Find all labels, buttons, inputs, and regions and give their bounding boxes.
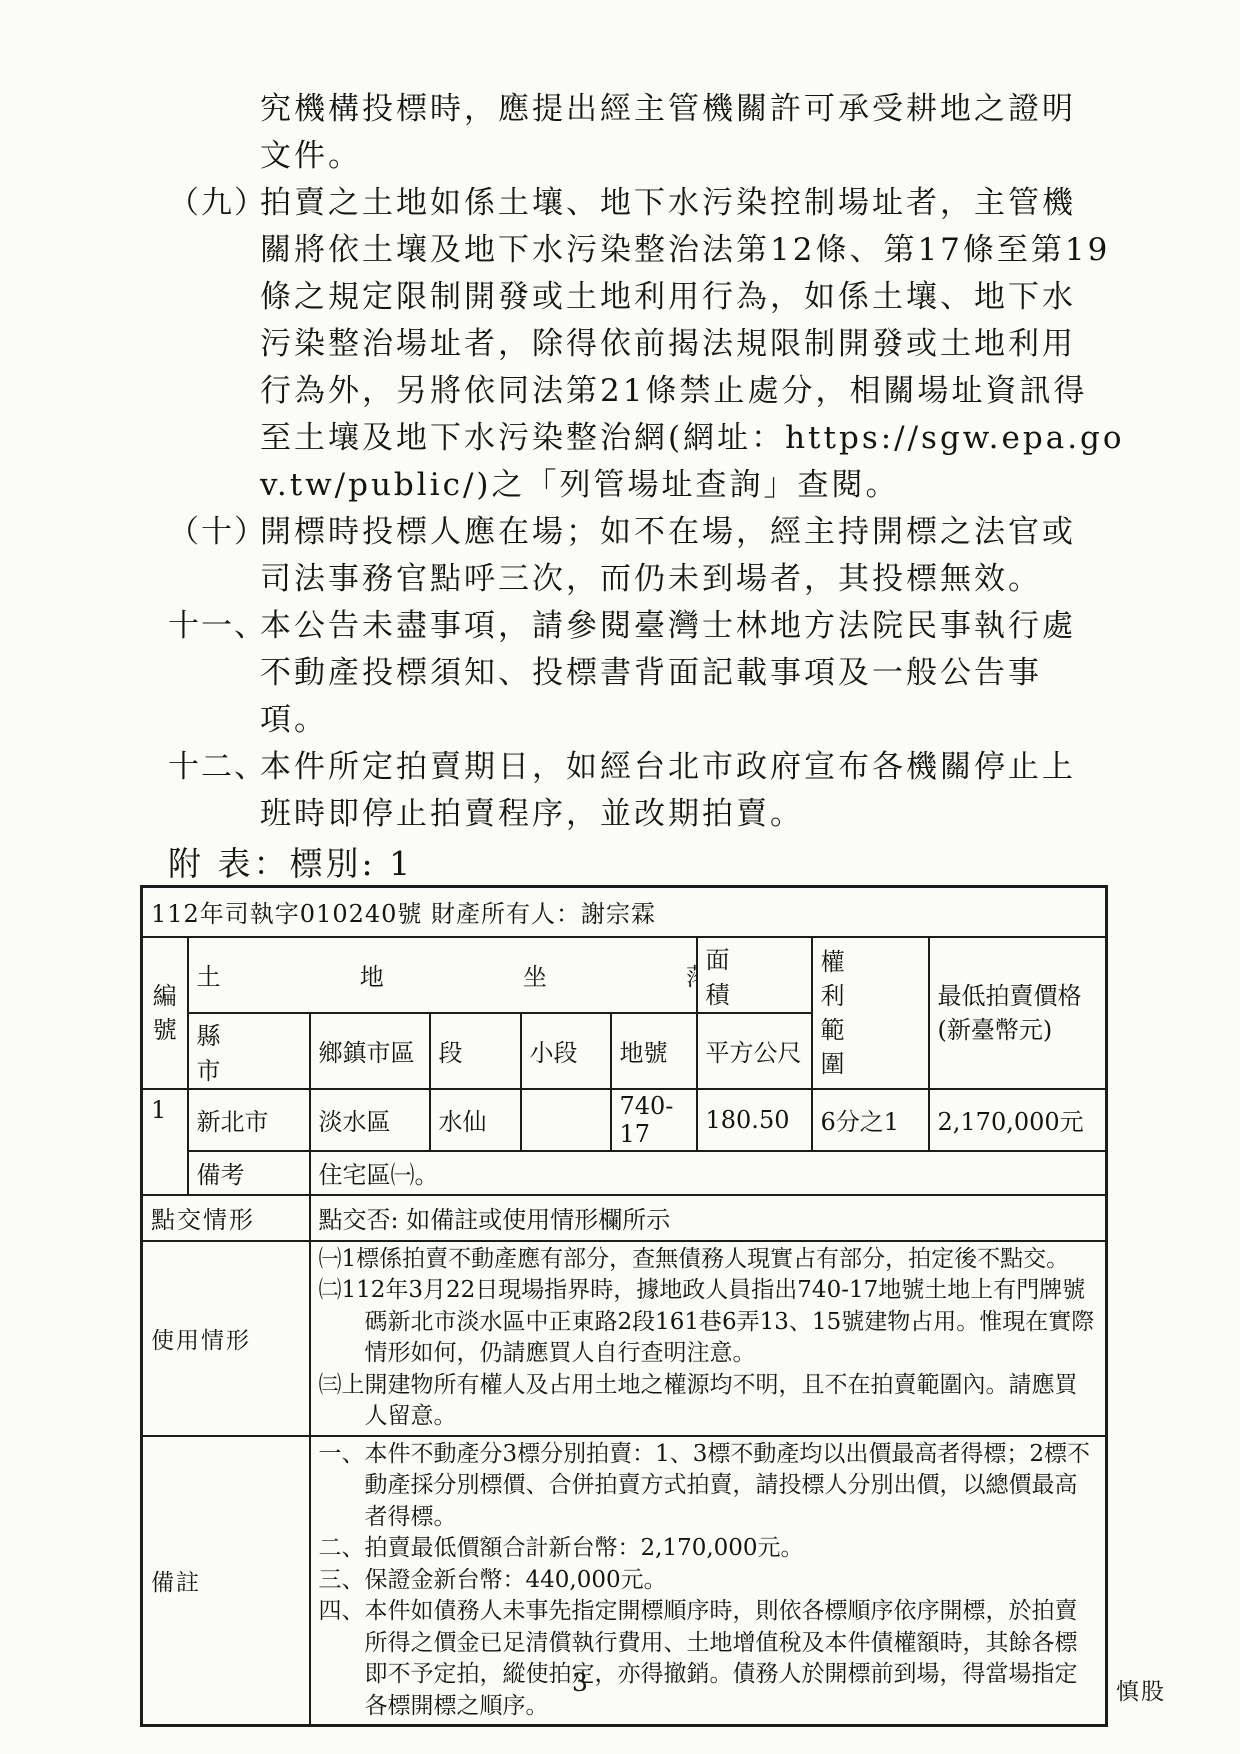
line-text: 至土壤及地下水污染整治網(網址：https://sgw.epa.go [260,420,1125,456]
usage-item-marker: ㈢ [319,1372,342,1398]
usage-item-text: 112年3月22日現場指界時，據地政人員指出740-17地號土地上有門牌號碼新北… [342,1277,1095,1366]
col-rights-header: 權利 範圍 [812,937,929,1089]
property-data-row: 1 新北市 淡水區 水仙 740-17 180.50 6分之1 2,170,00… [142,1089,1107,1151]
usage-item: ㈠1標係拍賣不動產應有部分，查無債務人現實占有部分，拍定後不點交。 [319,1244,1098,1276]
note-item: 二、拍賣最低價額合計新台幣：2,170,000元。 [319,1533,1098,1565]
cell-section: 水仙 [430,1089,521,1151]
note-item-marker: 二、 [319,1535,365,1561]
usage-item: ㈢上開建物所有權人及占用土地之權源均不明，且不在拍賣範圍內。請應買人留意。 [319,1370,1098,1433]
body-line: 文件。 [168,133,1098,180]
body-line: 至土壤及地下水污染整治網(網址：https://sgw.epa.go [168,415,1098,462]
handover-row: 點交情形 點交否: 如備註或使用情形欄所示 [142,1195,1107,1241]
line-text: 條之規定限制開發或土地利用行為，如係土壤、地下水 [260,279,1076,315]
usage-item-text: 1標係拍賣不動產應有部分，查無債務人現實占有部分，拍定後不點交。 [342,1246,1070,1272]
announcement-body: 究機構投標時，應提出經主管機關許可承受耕地之證明 文件。 （九）拍賣之土地如係土… [168,86,1098,890]
note-item: 四、本件如債務人未事先指定開標順序時，則依各標順序依序開標，於拍賣所得之價金已足… [319,1596,1098,1722]
item-label-9: （九） [168,180,260,227]
handover-label: 點交情形 [142,1195,310,1241]
cell-area: 180.50 [697,1089,812,1151]
col-area-header: 面積 [697,937,812,1013]
usage-item: ㈡112年3月22日現場指界時，據地政人員指出740-17地號土地上有門牌號碼新… [319,1275,1098,1370]
line-text: 不動產投標須知、投標書背面記載事項及一般公告事 [260,655,1042,691]
line-text: 本件所定拍賣期日，如經台北市政府宣布各機關停止上 [260,749,1076,785]
item-label-11: 十一、 [168,603,260,650]
col-district-header: 鄉鎮市區 [310,1013,430,1089]
body-line: v.tw/public/)之「列管場址查詢」查閱。 [168,462,1098,509]
note-item-marker: 三、 [319,1567,365,1593]
case-number-owner: 112年司執字010240號 財產所有人：謝宗霖 [142,887,1107,937]
col-serial-header: 編 號 [142,937,188,1089]
line-text: 拍賣之土地如係土壤、地下水污染控制場址者，主管機 [260,185,1076,221]
item-label-10: （十） [168,509,260,556]
handover-value: 點交否: 如備註或使用情形欄所示 [310,1195,1107,1241]
court-auction-notice-page: 究機構投標時，應提出經主管機關許可承受耕地之證明 文件。 （九）拍賣之土地如係土… [0,0,1240,1754]
line-text: 究機構投標時，應提出經主管機關許可承受耕地之證明 [260,91,1076,127]
body-line: 十一、本公告未盡事項，請參閱臺灣士林地方法院民事執行處 [168,603,1098,650]
clerk-division: 慎股 [1116,1673,1166,1706]
line-text: 行為外，另將依同法第21條禁止處分，相關場址資訊得 [260,373,1087,409]
attachment-heading: 附 表：標別: 1 [168,838,1098,890]
usage-row: 使用情形 ㈠1標係拍賣不動產應有部分，查無債務人現實占有部分，拍定後不點交。 ㈡… [142,1241,1107,1436]
usage-label: 使用情形 [142,1241,310,1436]
cell-serial: 1 [142,1089,188,1195]
body-line: （十）開標時投標人應在場；如不在場，經主持開標之法官或 [168,509,1098,556]
col-sqm-header: 平方公尺 [697,1013,812,1089]
line-text: 污染整治場址者，除得依前揭法規限制開發或土地利用 [260,326,1076,362]
cell-rights: 6分之1 [812,1089,929,1151]
usage-item-text: 上開建物所有權人及占用土地之權源均不明，且不在拍賣範圍內。請應買人留意。 [342,1372,1078,1430]
page-number: 3 [0,1668,1160,1697]
header-row-1: 編 號 土地坐落 面積 權利 範圍 最低拍賣價格 (新臺幣元) [142,937,1107,1013]
col-subsection-header: 小段 [521,1013,611,1089]
line-text: 項。 [260,702,328,738]
line-text: 開標時投標人應在場；如不在場，經主持開標之法官或 [260,514,1076,550]
col-section-header: 段 [430,1013,521,1089]
note-item: 一、本件不動產分3標分別拍賣：1、3標不動產均以出價最高者得標；2標不動產採分別… [319,1439,1098,1534]
body-line: 項。 [168,697,1098,744]
cell-subsection [521,1089,611,1151]
item-label-12: 十二、 [168,744,260,791]
col-lot-header: 地號 [611,1013,697,1089]
property-table-wrap: 112年司執字010240號 財產所有人：謝宗霖 編 號 土地坐落 面積 權利 … [140,885,1108,1727]
remark-row: 備考 住宅區㈠。 [142,1151,1107,1195]
remark-label: 備考 [188,1151,310,1195]
property-table: 112年司執字010240號 財產所有人：謝宗霖 編 號 土地坐落 面積 權利 … [140,885,1108,1727]
line-text: 本公告未盡事項，請參閱臺灣士林地方法院民事執行處 [260,608,1076,644]
body-line: 班時即停止拍賣程序，並改期拍賣。 [168,791,1098,838]
body-line: 關將依土壤及地下水污染整治法第12條、第17條至第19 [168,227,1098,274]
cell-price: 2,170,000元 [929,1089,1107,1151]
body-line: 污染整治場址者，除得依前揭法規限制開發或土地利用 [168,321,1098,368]
line-text: v.tw/public/)之「列管場址查詢」查閱。 [260,467,900,503]
body-line: 司法事務官點呼三次，而仍未到場者，其投標無效。 [168,556,1098,603]
note-item-text: 保證金新台幣：440,000元。 [365,1567,667,1593]
case-header-row: 112年司執字010240號 財產所有人：謝宗霖 [142,887,1107,937]
remark-value: 住宅區㈠。 [310,1151,1107,1195]
note-item: 三、保證金新台幣：440,000元。 [319,1565,1098,1597]
note-item-marker: 四、 [319,1598,365,1624]
body-line: 究機構投標時，應提出經主管機關許可承受耕地之證明 [168,86,1098,133]
line-text: 文件。 [260,138,362,174]
usage-item-marker: ㈠ [319,1246,342,1272]
line-text: 班時即停止拍賣程序，並改期拍賣。 [260,796,804,832]
cell-district: 淡水區 [310,1089,430,1151]
usage-item-marker: ㈡ [319,1277,342,1303]
note-item-text: 本件不動產分3標分別拍賣：1、3標不動產均以出價最高者得標；2標不動產採分別標價… [365,1441,1091,1530]
line-text: 司法事務官點呼三次，而仍未到場者，其投標無效。 [260,561,1042,597]
body-line: 行為外，另將依同法第21條禁止處分，相關場址資訊得 [168,368,1098,415]
body-line: 不動產投標須知、投標書背面記載事項及一般公告事 [168,650,1098,697]
col-price-header: 最低拍賣價格 (新臺幣元) [929,937,1107,1089]
usage-content: ㈠1標係拍賣不動產應有部分，查無債務人現實占有部分，拍定後不點交。 ㈡112年3… [310,1241,1107,1436]
col-location-header: 土地坐落 [188,937,697,1013]
body-line: 條之規定限制開發或土地利用行為，如係土壤、地下水 [168,274,1098,321]
note-item-marker: 一、 [319,1441,365,1467]
body-line: （九）拍賣之土地如係土壤、地下水污染控制場址者，主管機 [168,180,1098,227]
note-item-text: 拍賣最低價額合計新台幣：2,170,000元。 [365,1535,804,1561]
cell-lot: 740-17 [611,1089,697,1151]
body-line: 十二、本件所定拍賣期日，如經台北市政府宣布各機關停止上 [168,744,1098,791]
note-item-text: 本件如債務人未事先指定開標順序時，則依各標順序依序開標，於拍賣所得之價金已足清償… [365,1598,1078,1719]
line-text: 關將依土壤及地下水污染整治法第12條、第17條至第19 [260,232,1110,268]
cell-county: 新北市 [188,1089,310,1151]
col-county-header: 縣市 [188,1013,310,1089]
